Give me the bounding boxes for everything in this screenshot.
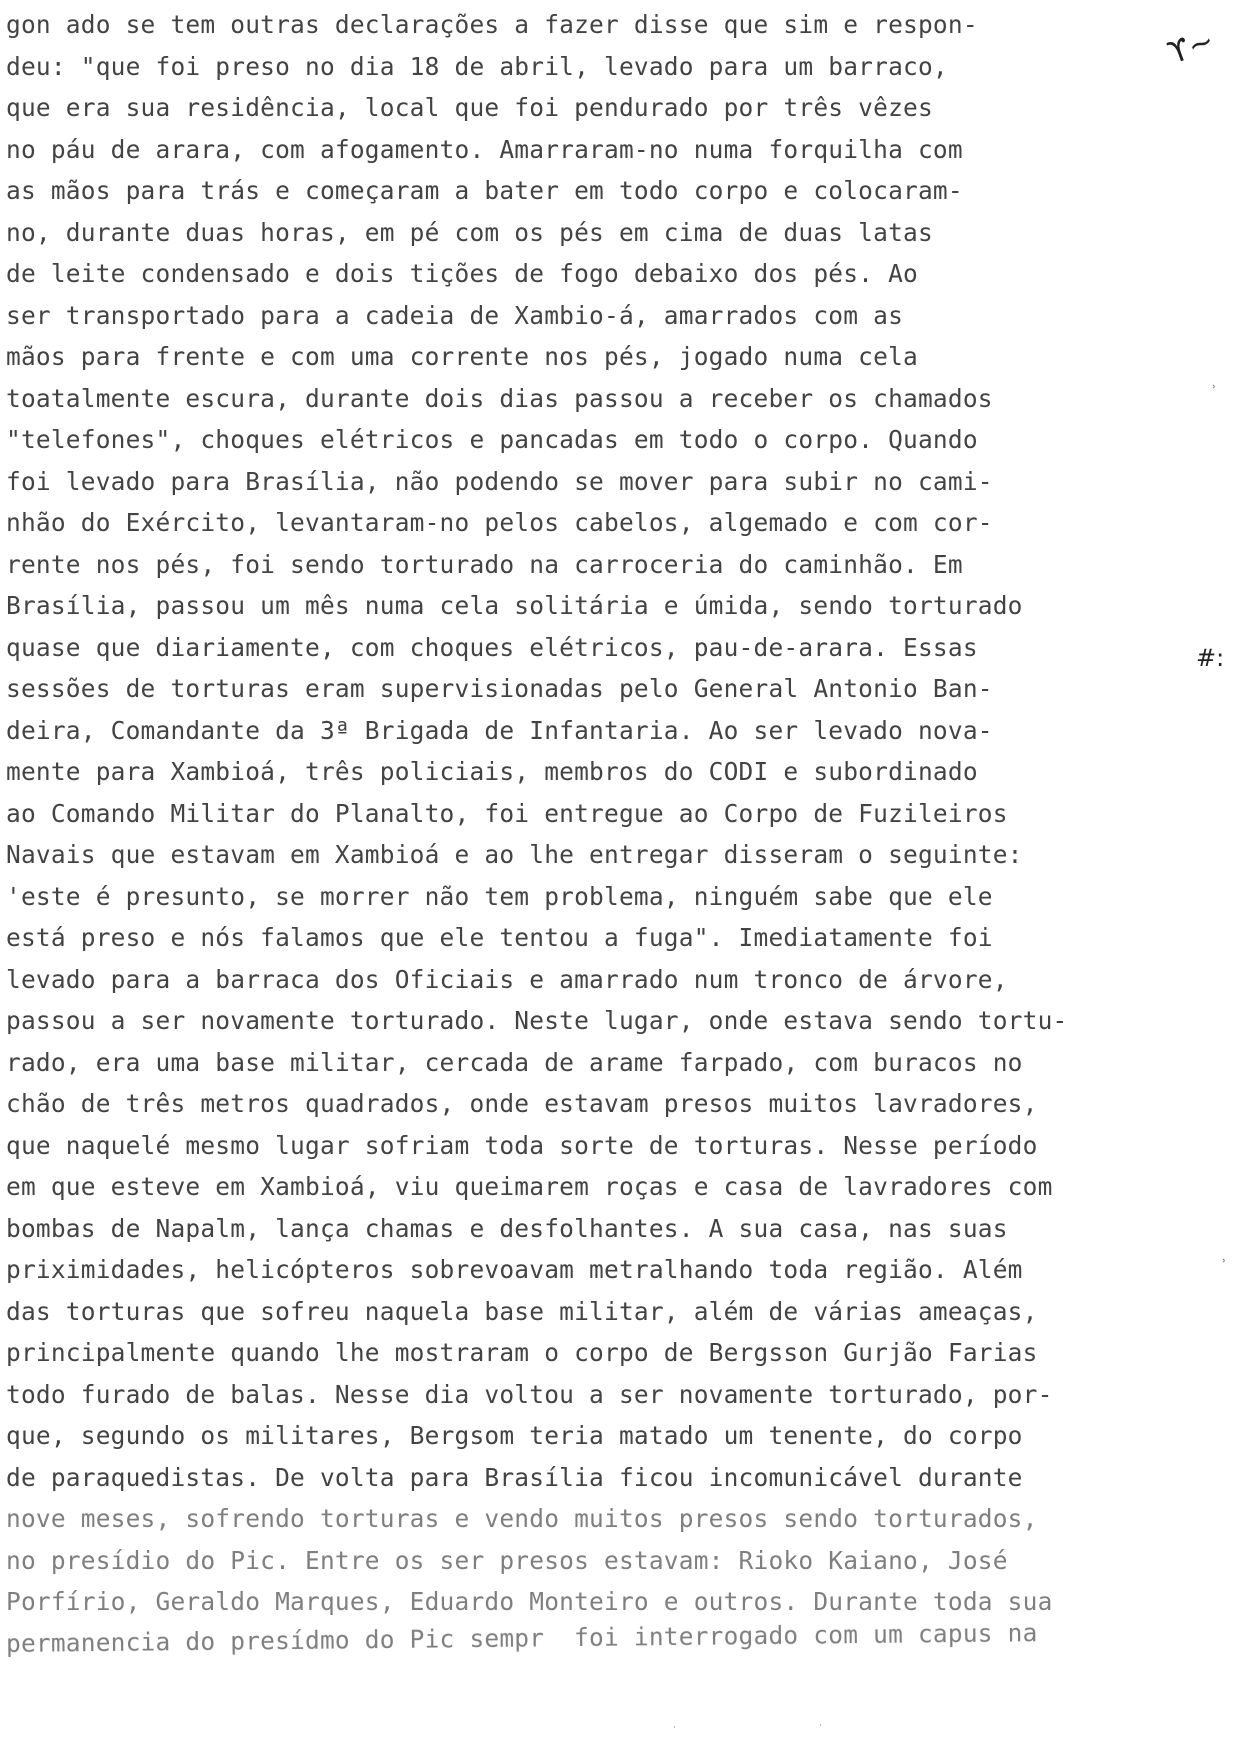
text-line: no presídio do Pic. Entre os ser presos …: [6, 1540, 1206, 1582]
speck-mark-icon: ˙: [672, 1726, 677, 1737]
text-line: das torturas que sofreu naquela base mil…: [6, 1291, 1206, 1333]
text-line: de paraquedistas. De volta para Brasília…: [6, 1457, 1206, 1499]
text-line: quase que diariamente, com choques elétr…: [6, 627, 1206, 669]
text-line: nove meses, sofrendo torturas e vendo mu…: [6, 1498, 1206, 1540]
speck-mark-icon: ˒: [1222, 1254, 1226, 1270]
text-line: rado, era uma base militar, cercada de a…: [6, 1042, 1206, 1084]
handwritten-mark-icon: #:: [1196, 644, 1224, 672]
text-line: ao Comando Militar do Planalto, foi entr…: [6, 793, 1206, 835]
text-line: está preso e nós falamos que ele tentou …: [6, 917, 1206, 959]
text-line: bombas de Napalm, lança chamas e desfolh…: [6, 1208, 1206, 1250]
text-line: de leite condensado e dois tições de fog…: [6, 253, 1206, 295]
text-line: no páu de arara, com afogamento. Amarrar…: [6, 129, 1206, 171]
text-line: chão de três metros quadrados, onde esta…: [6, 1083, 1206, 1125]
text-line: mãos para frente e com uma corrente nos …: [6, 336, 1206, 378]
text-line: no, durante duas horas, em pé com os pés…: [6, 212, 1206, 254]
text-line: rente nos pés, foi sendo torturado na ca…: [6, 544, 1206, 586]
text-line: Navais que estavam em Xambioá e ao lhe e…: [6, 834, 1206, 876]
speck-mark-icon: ˒: [1212, 380, 1216, 396]
text-line: nhão do Exército, levantaram-no pelos ca…: [6, 502, 1206, 544]
text-line: sessões de torturas eram supervisionadas…: [6, 668, 1206, 710]
text-line: "telefones", choques elétricos e pancada…: [6, 419, 1206, 461]
text-line: toatalmente escura, durante dois dias pa…: [6, 378, 1206, 420]
text-line: deu: "que foi preso no dia 18 de abril, …: [6, 46, 1206, 88]
text-line: passou a ser novamente torturado. Neste …: [6, 1000, 1206, 1042]
text-line: as mãos para trás e começaram a bater em…: [6, 170, 1206, 212]
document-body: gon ado se tem outras declarações a faze…: [6, 4, 1206, 1664]
text-line: foi levado para Brasília, não podendo se…: [6, 461, 1206, 503]
text-line: ser transportado para a cadeia de Xambio…: [6, 295, 1206, 337]
text-line: que era sua residência, local que foi pe…: [6, 87, 1206, 129]
text-line: gon ado se tem outras declarações a faze…: [6, 4, 1206, 46]
text-line: priximidades, helicópteros sobrevoavam m…: [6, 1249, 1206, 1291]
speck-mark-icon: ˙: [818, 1724, 823, 1735]
text-line: que, segundo os militares, Bergsom teria…: [6, 1415, 1206, 1457]
text-line: que naquelé mesmo lugar sofriam toda sor…: [6, 1125, 1206, 1167]
text-line: levado para a barraca dos Oficiais e ama…: [6, 959, 1206, 1001]
text-line: principalmente quando lhe mostraram o co…: [6, 1332, 1206, 1374]
typewritten-document-page: gon ado se tem outras declarações a faze…: [0, 0, 1246, 1741]
text-line: mente para Xambioá, três policiais, memb…: [6, 751, 1206, 793]
text-line: em que esteve em Xambioá, viu queimarem …: [6, 1166, 1206, 1208]
text-line: 'este é presunto, se morrer não tem prob…: [6, 876, 1206, 918]
text-line: deira, Comandante da 3ª Brigada de Infan…: [6, 710, 1206, 752]
text-line: todo furado de balas. Nesse dia voltou a…: [6, 1374, 1206, 1416]
text-line: Brasília, passou um mês numa cela solitá…: [6, 585, 1206, 627]
